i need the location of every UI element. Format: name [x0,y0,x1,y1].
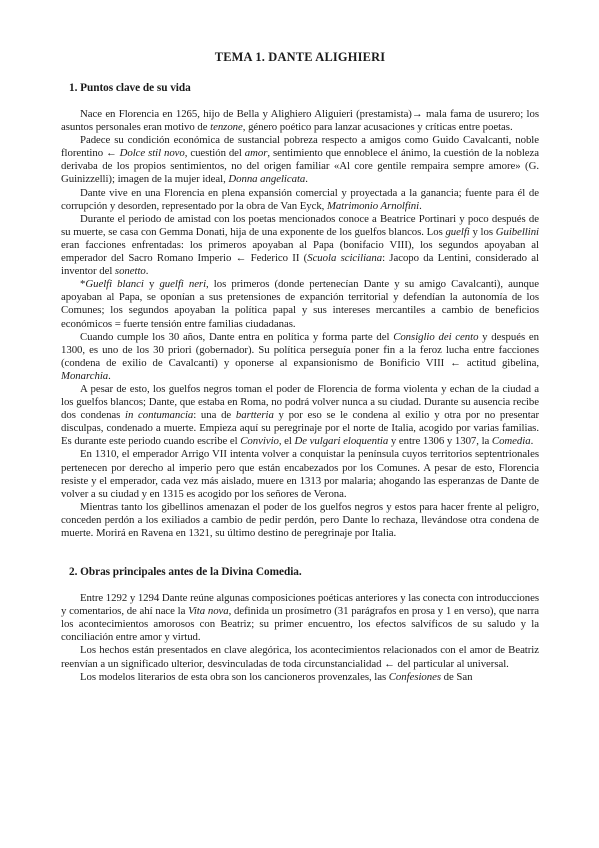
document-title: TEMA 1. DANTE ALIGHIERI [61,50,539,64]
paragraph-birth-florence: Nace en Florencia en 1265, hijo de Bella… [61,108,539,134]
section-2-heading: 2. Obras principales antes de la Divina … [69,566,539,579]
paragraph-florence-expansion: Dante vive en una Florencia en plena exp… [61,187,539,213]
section-1-heading: 1. Puntos clave de su vida [69,82,539,95]
paragraph-economic-condition: Padece su condición económica de sustanc… [61,134,539,186]
paragraph-guelfi-blanci-neri: *Guelfi blanci y guelfi neri, los primer… [61,278,539,330]
paragraph-death-ravena: Mientras tanto los gibellinos amenazan e… [61,501,539,540]
paragraph-literary-models: Los modelos literarios de esta obra son … [61,671,539,684]
paragraph-politics-consiglio: Cuando cumple los 30 años, Dante entra e… [61,331,539,383]
paragraph-exile: A pesar de esto, los guelfos negros toma… [61,383,539,448]
section-1: 1. Puntos clave de su vida Nace en Flore… [61,82,539,540]
paragraph-vita-nova: Entre 1292 y 1294 Dante reúne algunas co… [61,592,539,644]
document-page: TEMA 1. DANTE ALIGHIERI 1. Puntos clave … [0,0,599,848]
paragraph-beatrice-guelfi: Durante el periodo de amistad con los po… [61,213,539,278]
section-2: 2. Obras principales antes de la Divina … [61,566,539,684]
paragraph-arrigo-vii: En 1310, el emperador Arrigo VII intenta… [61,448,539,500]
paragraph-allegory: Los hechos están presentados en clave al… [61,644,539,670]
